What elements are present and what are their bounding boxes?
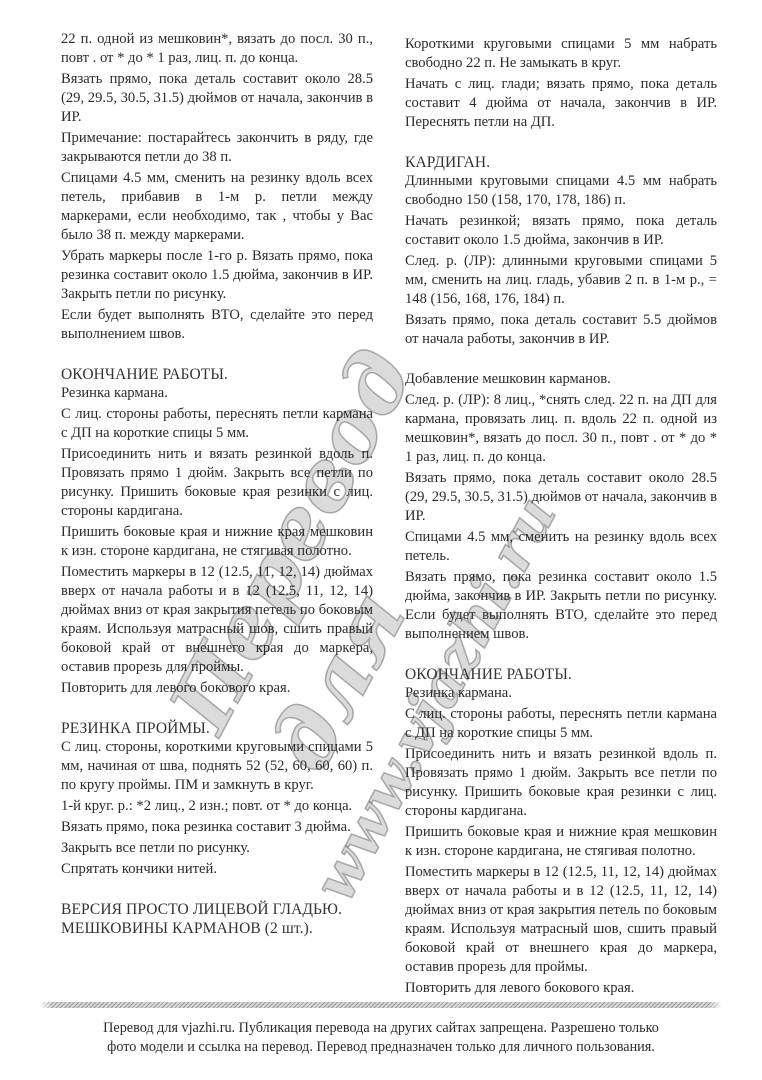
subheading-adding-pockets: Добавление мешковин карманов.: [405, 370, 717, 389]
paragraph: 1-й круг. р.: *2 лиц., 2 изн.; повт. от …: [61, 797, 373, 816]
paragraph: Спицами 4.5 мм, сменить на резинку вдоль…: [61, 169, 373, 245]
paragraph: Убрать маркеры после 1-го р. Вязать прям…: [61, 247, 373, 304]
paragraph: Вязать прямо, пока деталь составит около…: [61, 70, 373, 127]
paragraph: Закрыть все петли по рисунку.: [61, 839, 373, 858]
paragraph: Вязать прямо, пока деталь составит около…: [405, 469, 717, 526]
footer-copyright: Перевод для vjazhi.ru. Публикация перево…: [30, 1019, 732, 1057]
paragraph: С лиц. стороны работы, переснять петли к…: [405, 705, 717, 743]
right-column: Короткими круговыми спицами 5 мм набрать…: [405, 35, 717, 1000]
paragraph: Присоединить нить и вязать резинкой вдол…: [405, 745, 717, 821]
subheading: Резинка кармана.: [61, 384, 373, 403]
paragraph: След. р. (ЛР): 8 лиц., *снять след. 22 п…: [405, 391, 717, 467]
paragraph: Длинными круговыми спицами 4.5 мм набрат…: [405, 172, 717, 210]
paragraph: Повторить для левого бокового края.: [61, 679, 373, 698]
section-heading-cardigan: КАРДИГАН.: [405, 153, 717, 172]
paragraph: Поместить маркеры в 12 (12.5, 11, 12, 14…: [405, 863, 717, 977]
paragraph: Повторить для левого бокового края.: [405, 979, 717, 998]
paragraph: Начать резинкой; вязать прямо, пока дета…: [405, 212, 717, 250]
footer-line-2: фото модели и ссылка на перевод. Перевод…: [30, 1038, 732, 1057]
paragraph: Вязать прямо, пока резинка составит окол…: [405, 568, 717, 644]
section-heading-version: ВЕРСИЯ ПРОСТО ЛИЦЕВОЙ ГЛАДЬЮ.: [61, 900, 373, 919]
paragraph: Вязать прямо, пока деталь составит 5.5 д…: [405, 311, 717, 349]
paragraph: Спрятать кончики нитей.: [61, 860, 373, 879]
left-column: 22 п. одной из мешковин*, вязать до посл…: [61, 30, 373, 938]
paragraph: Поместить маркеры в 12 (12.5, 11, 12, 14…: [61, 563, 373, 677]
paragraph: Пришить боковые края и нижние края мешко…: [61, 523, 373, 561]
subheading: Резинка кармана.: [405, 684, 717, 703]
paragraph: Вязать прямо, пока резинка составит 3 дю…: [61, 818, 373, 837]
paragraph: С лиц. стороны, короткими круговыми спиц…: [61, 738, 373, 795]
paragraph: Короткими круговыми спицами 5 мм набрать…: [405, 35, 717, 73]
footer-divider: [40, 1002, 722, 1008]
section-heading-finishing: ОКОНЧАНИЕ РАБОТЫ.: [405, 665, 717, 684]
paragraph: Присоединить нить и вязать резинкой вдол…: [61, 445, 373, 521]
paragraph: Начать с лиц. глади; вязать прямо, пока …: [405, 75, 717, 132]
paragraph: Если будет выполнять ВТО, сделайте это п…: [61, 306, 373, 344]
paragraph: С лиц. стороны работы, переснять петли к…: [61, 405, 373, 443]
paragraph: 22 п. одной из мешковин*, вязать до посл…: [61, 30, 373, 68]
section-heading-armhole: РЕЗИНКА ПРОЙМЫ.: [61, 719, 373, 738]
paragraph: Спицами 4.5 мм, сменить на резинку вдоль…: [405, 528, 717, 566]
note-paragraph: Примечание: постарайтесь закончить в ряд…: [61, 129, 373, 167]
section-heading-finishing: ОКОНЧАНИЕ РАБОТЫ.: [61, 365, 373, 384]
paragraph: Пришить боковые края и нижние края мешко…: [405, 823, 717, 861]
paragraph: След. р. (ЛР): длинными круговыми спицам…: [405, 252, 717, 309]
footer-line-1: Перевод для vjazhi.ru. Публикация перево…: [30, 1019, 732, 1038]
section-heading-pockets: МЕШКОВИНЫ КАРМАНОВ (2 шт.).: [61, 919, 373, 938]
